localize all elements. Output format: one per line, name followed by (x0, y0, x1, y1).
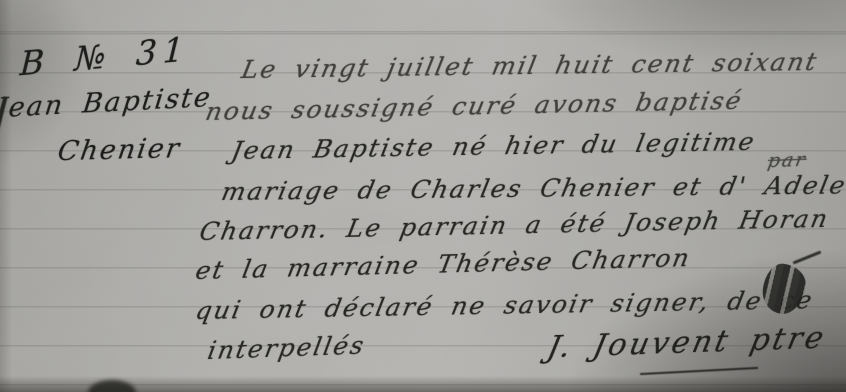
document-scan: B № 31 Jean Baptiste Chenier Le vingt ju… (0, 0, 846, 392)
struck-word: par (766, 149, 808, 172)
margin-name-line-2: Chenier (56, 133, 184, 167)
body-line-8: interpellés (205, 330, 367, 365)
